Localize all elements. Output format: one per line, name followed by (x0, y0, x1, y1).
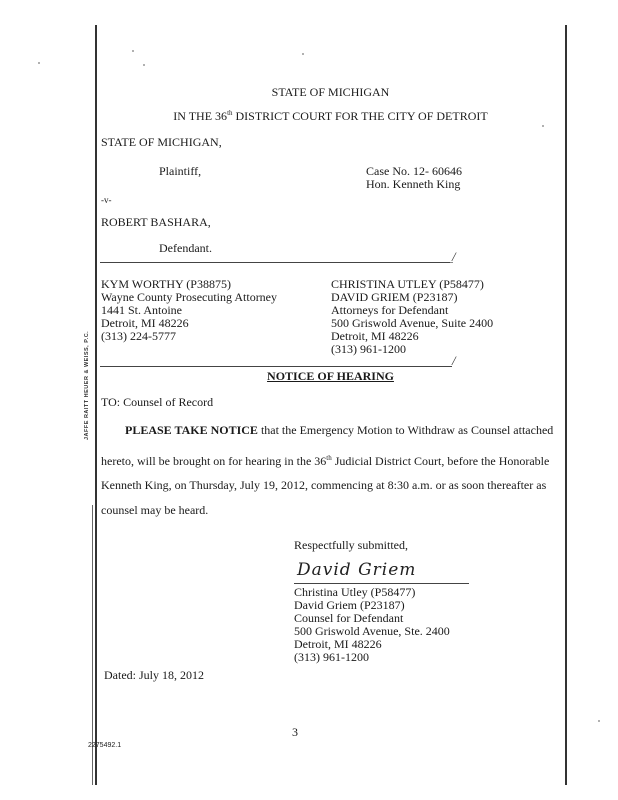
defense-line: (313) 961-1200 (331, 342, 406, 356)
scan-speck (302, 53, 304, 55)
notice-title: NOTICE OF HEARING (96, 369, 565, 383)
to-line: TO: Counsel of Record (101, 395, 213, 409)
court-heading-prefix: IN THE 36 (173, 109, 227, 123)
scan-speck (38, 62, 40, 64)
signature-detail-line: Counsel for Defendant (294, 611, 403, 625)
closing: Respectfully submitted, (294, 538, 408, 552)
signature-line (294, 583, 469, 584)
left-margin-rule (95, 25, 97, 785)
signature: David Griem (297, 560, 416, 580)
state-heading: STATE OF MICHIGAN (96, 85, 565, 99)
caption-divider (100, 262, 450, 263)
notice-line-2-prefix: hereto, will be brought on for hearing i… (101, 454, 326, 468)
judge-name: Hon. Kenneth King (366, 177, 460, 191)
plaintiff-role: Plaintiff, (159, 164, 201, 178)
signature-detail-line: 500 Griswold Avenue, Ste. 2400 (294, 624, 450, 638)
signature-detail-line: Christina Utley (P58477) (294, 585, 415, 599)
scan-speck (598, 720, 600, 722)
scan-speck (143, 64, 145, 66)
notice-body-line-3: Kenneth King, on Thursday, July 19, 2012… (101, 478, 546, 492)
defendant-role: Defendant. (159, 241, 212, 255)
counsel-divider (100, 366, 452, 367)
prosecution-line: (313) 224-5777 (101, 329, 176, 343)
defendant-name: ROBERT BASHARA, (101, 215, 211, 229)
prosecution-line: KYM WORTHY (P38875) (101, 277, 231, 291)
signature-detail-line: Detroit, MI 48226 (294, 637, 382, 651)
prosecution-line: Detroit, MI 48226 (101, 316, 189, 330)
prosecution-line: Wayne County Prosecuting Attorney (101, 290, 277, 304)
notice-line-1-text: that the Emergency Motion to Withdraw as… (258, 423, 553, 437)
dated-line: Dated: July 18, 2012 (104, 668, 204, 682)
court-heading: IN THE 36th DISTRICT COURT FOR THE CITY … (96, 109, 565, 123)
right-margin-rule (565, 25, 567, 785)
court-heading-suffix: DISTRICT COURT FOR THE CITY OF DETROIT (233, 109, 488, 123)
versus: -v- (101, 193, 112, 207)
notice-body-line-2: hereto, will be brought on for hearing i… (101, 454, 549, 468)
divider-slash: / (452, 353, 456, 369)
page-number: 3 (280, 725, 310, 739)
notice-body-line-4: counsel may be heard. (101, 503, 208, 517)
defense-line: DAVID GRIEM (P23187) (331, 290, 457, 304)
defense-line: CHRISTINA UTLEY (P58477) (331, 277, 484, 291)
prosecution-line: 1441 St. Antoine (101, 303, 182, 317)
defense-line: Attorneys for Defendant (331, 303, 448, 317)
notice-lead: PLEASE TAKE NOTICE (125, 423, 258, 437)
divider-slash: / (452, 249, 456, 265)
scan-speck (542, 125, 544, 127)
case-number: Case No. 12- 60646 (366, 164, 462, 178)
plaintiff-name: STATE OF MICHIGAN, (101, 135, 222, 149)
document-id: 2275492.1 (88, 742, 121, 749)
signature-detail-line: David Griem (P23187) (294, 598, 405, 612)
document-page: STATE OF MICHIGAN IN THE 36th DISTRICT C… (0, 0, 618, 800)
signature-detail-line: (313) 961-1200 (294, 650, 369, 664)
notice-line-2-suffix: Judicial District Court, before the Hono… (332, 454, 550, 468)
defense-line: 500 Griswold Avenue, Suite 2400 (331, 316, 493, 330)
defense-line: Detroit, MI 48226 (331, 329, 419, 343)
firm-margin-text: JAFFE RAITT HEUER & WEISS, P.C. (84, 331, 90, 440)
scan-speck (132, 50, 134, 52)
notice-body-line-1: PLEASE TAKE NOTICE that the Emergency Mo… (125, 423, 553, 437)
